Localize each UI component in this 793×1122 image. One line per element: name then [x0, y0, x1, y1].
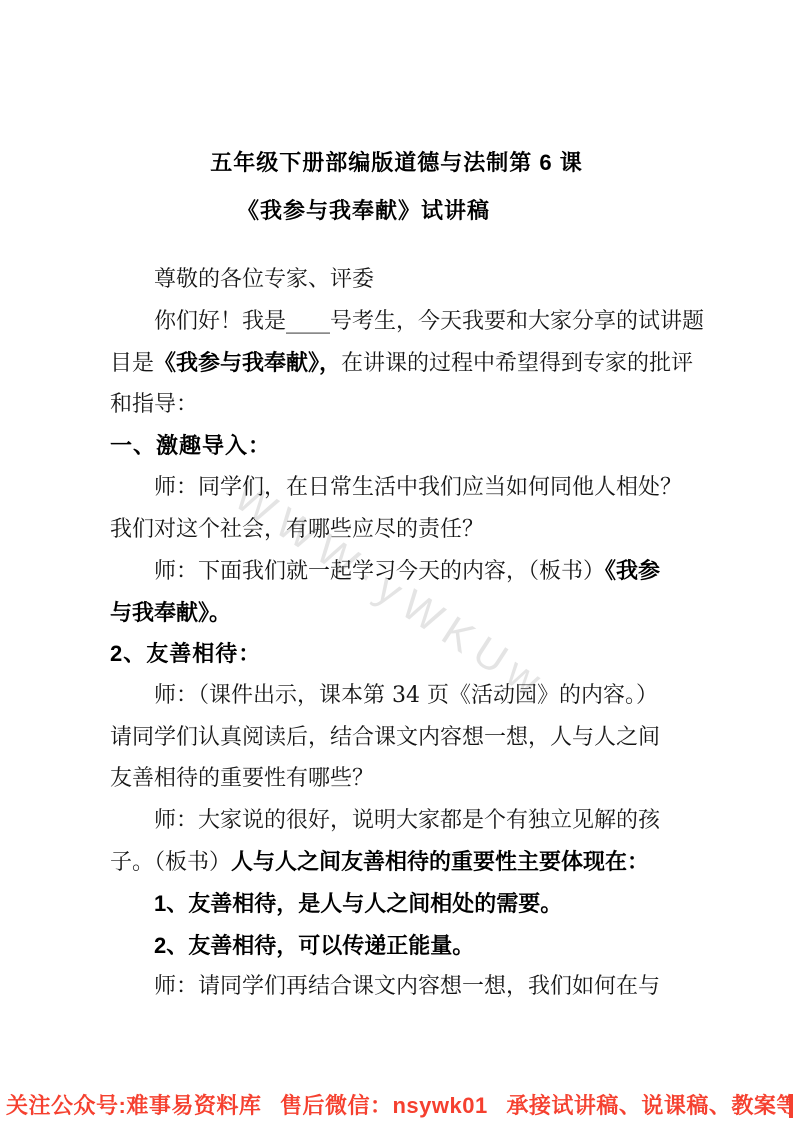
section-heading: 一、激趣导入：: [110, 425, 710, 467]
section-heading: 2、友善相待：: [110, 633, 710, 675]
title-line-1: 五年级下册部编版道德与法制第 6 课: [0, 139, 793, 187]
bold-text-segment: 人与人之间友善相待的重要性主要体现在：: [231, 849, 649, 874]
text-segment: 在讲课的过程中希望得到专家的批评: [341, 351, 693, 376]
text-segment: 你们好！我是____号考生，今天我要和大家分享的试讲题: [154, 309, 704, 334]
text-segment: 师：同学们，在日常生活中我们应当如何同他人相处？: [154, 475, 682, 500]
text-segment: 目是: [110, 351, 154, 376]
bold-text-segment: 2、友善相待，可以传递正能量。: [154, 933, 474, 958]
footer-official-account: 关注公众号:难事易资料库: [6, 1093, 261, 1118]
bold-text-segment: 《我参与我奉献》，: [154, 350, 341, 375]
bold-text-segment: 一、激趣导入：: [110, 433, 271, 458]
footer-edge-mark: [789, 1094, 793, 1118]
document-line: 师：同学们，在日常生活中我们应当如何同他人相处？: [110, 467, 710, 509]
document-line: 我们对这个社会，有哪些应尽的责任？: [110, 509, 710, 551]
text-segment: 和指导：: [110, 392, 198, 417]
document-line: 1、友善相待，是人与人之间相处的需要。: [110, 883, 710, 925]
text-segment: 友善相待的重要性有哪些？: [110, 766, 374, 791]
bold-text-segment: 与我奉献》。: [110, 600, 231, 625]
document-line: 子。（板书）人与人之间友善相待的重要性主要体现在：: [110, 841, 710, 883]
footer-banner: 关注公众号:难事易资料库 售后微信：nsywk01 承接试讲稿、说课稿、教案等定…: [6, 1089, 793, 1120]
document-line: 请同学们认真阅读后，结合课文内容想一想，人与人之间: [110, 717, 710, 759]
document-line: 和指导：: [110, 384, 710, 426]
document-line: 与我奉献》。: [110, 592, 710, 634]
document-line: 尊敬的各位专家、评委: [110, 259, 710, 301]
document-line: 你们好！我是____号考生，今天我要和大家分享的试讲题: [110, 301, 710, 343]
document-line: 友善相待的重要性有哪些？: [110, 758, 710, 800]
bold-text-segment: 2、友善相待：: [110, 641, 261, 666]
title-line-2: 《我参与我奉献》试讲稿: [237, 187, 490, 235]
text-segment: 我们对这个社会，有哪些应尽的责任？: [110, 517, 484, 542]
document-line: 目是《我参与我奉献》，在讲课的过程中希望得到专家的批评: [110, 342, 710, 384]
text-segment: 请同学们认真阅读后，结合课文内容想一想，人与人之间: [110, 725, 660, 750]
document-line: 2、友善相待，可以传递正能量。: [110, 925, 710, 967]
bold-text-segment: 《我参: [605, 558, 660, 583]
document-line: 师：下面我们就一起学习今天的内容，（板书）《我参: [110, 550, 710, 592]
document-line: 师：大家说的很好，说明大家都是个有独立见解的孩: [110, 800, 710, 842]
document-page: 五年级下册部编版道德与法制第 6 课 《我参与我奉献》试讲稿 WWW·yWKUw…: [0, 0, 793, 1122]
document-title: 五年级下册部编版道德与法制第 6 课 《我参与我奉献》试讲稿: [0, 139, 793, 235]
text-segment: 子。（板书）: [110, 850, 231, 875]
document-body: 尊敬的各位专家、评委你们好！我是____号考生，今天我要和大家分享的试讲题目是《…: [110, 259, 710, 1008]
text-segment: 尊敬的各位专家、评委: [154, 267, 374, 292]
document-line: 师：请同学们再结合课文内容想一想，我们如何在与: [110, 966, 710, 1008]
text-segment: 师：大家说的很好，说明大家都是个有独立见解的孩: [154, 808, 660, 833]
footer-services: 承接试讲稿、说课稿、教案等定制业务: [506, 1093, 793, 1118]
text-segment: 师：下面我们就一起学习今天的内容，（板书）: [154, 559, 605, 584]
document-line: 师：（课件出示，课本第 34 页《活动园》的内容。）: [110, 675, 710, 717]
text-segment: 师：请同学们再结合课文内容想一想，我们如何在与: [154, 974, 660, 999]
footer-wechat-contact: 售后微信：nsywk01: [280, 1093, 488, 1118]
bold-text-segment: 1、友善相待，是人与人之间相处的需要。: [154, 891, 562, 916]
text-segment: 师：（课件出示，课本第 34 页《活动园》的内容。）: [154, 683, 658, 708]
